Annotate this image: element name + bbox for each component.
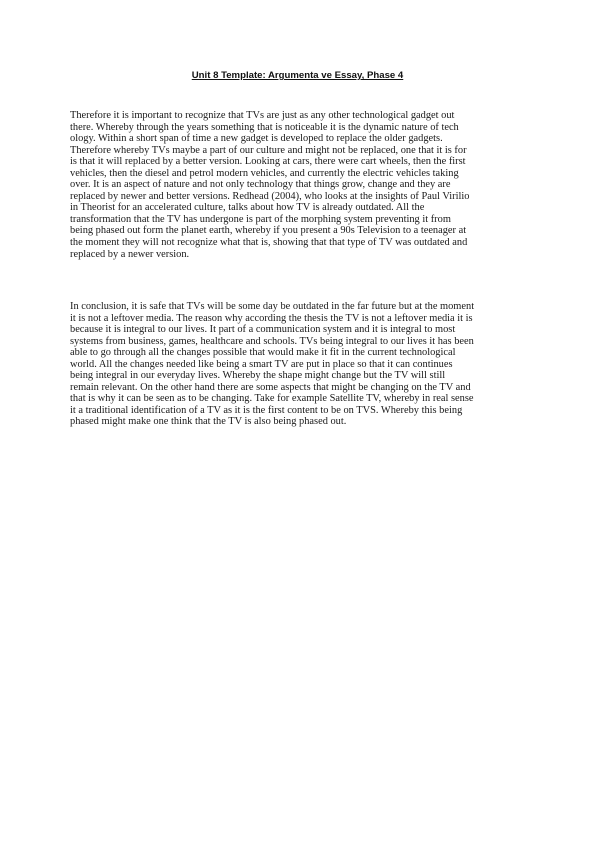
document-title: Unit 8 Template: Argumenta ve Essay, Pha…: [0, 70, 595, 81]
text-line: because it is integral to our lives. It …: [70, 324, 540, 336]
text-line: it is not a leftover media. The reason w…: [70, 313, 540, 325]
document-page: Unit 8 Template: Argumenta ve Essay, Pha…: [0, 0, 595, 842]
text-line: in Theorist for an accelerated culture, …: [70, 202, 540, 214]
text-line: able to go through all the changes possi…: [70, 347, 540, 359]
text-line: ology. Within a short span of time a new…: [70, 133, 540, 145]
paragraph-conclusion: In conclusion, it is safe that TVs will …: [70, 301, 540, 428]
text-line: phased might make one think that the TV …: [70, 416, 540, 428]
text-line: replaced by newer and better versions. R…: [70, 191, 540, 203]
text-line: remain relevant. On the other hand there…: [70, 382, 540, 394]
text-line: that is why it can be seen as to be chan…: [70, 393, 540, 405]
text-line: there. Whereby through the years somethi…: [70, 122, 540, 134]
text-line: Therefore whereby TVs maybe a part of ou…: [70, 145, 540, 157]
text-line: being phased out form the planet earth, …: [70, 225, 540, 237]
text-line: systems from business, games, healthcare…: [70, 336, 540, 348]
text-line: is that it will replaced by a better ver…: [70, 156, 540, 168]
text-line: replaced by a newer version.: [70, 249, 540, 261]
text-line: being integral in our everyday lives. Wh…: [70, 370, 540, 382]
text-line: the moment they will not recognize what …: [70, 237, 540, 249]
text-line: world. All the changes needed like being…: [70, 359, 540, 371]
text-line: vehicles, then the diesel and petrol mod…: [70, 168, 540, 180]
paragraph-body: Therefore it is important to recognize t…: [70, 110, 540, 260]
text-line: Therefore it is important to recognize t…: [70, 110, 540, 122]
text-line: transformation that the TV has undergone…: [70, 214, 540, 226]
text-line: over. It is an aspect of nature and not …: [70, 179, 540, 191]
text-line: In conclusion, it is safe that TVs will …: [70, 301, 540, 313]
text-line: it a traditional identification of a TV …: [70, 405, 540, 417]
